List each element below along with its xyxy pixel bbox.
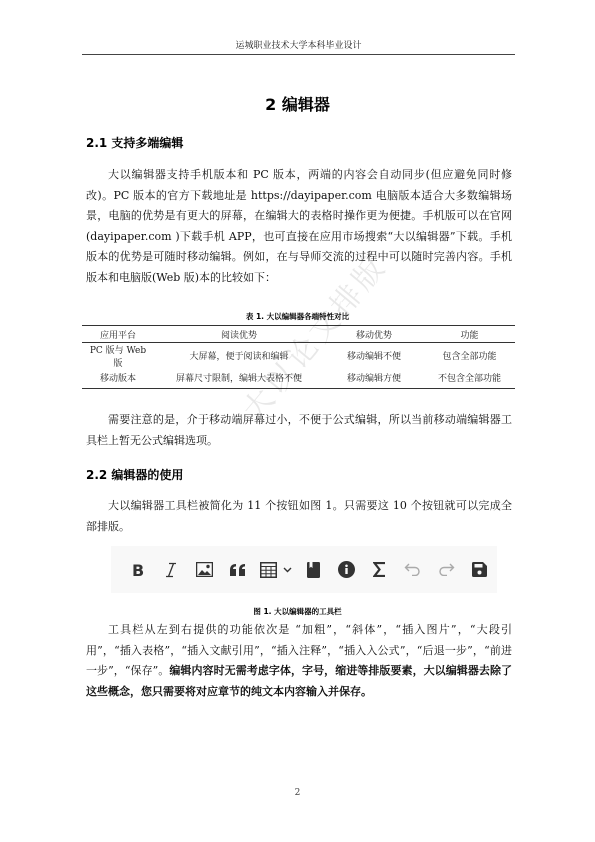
- undo-icon: [404, 563, 421, 576]
- section-title-2-2: 2.2 编辑器的使用: [86, 466, 183, 483]
- table-header-cell: 功能: [424, 326, 515, 343]
- table-cell: 移动版本: [82, 372, 154, 389]
- sigma-icon: [373, 562, 386, 577]
- insert-image-button[interactable]: [189, 558, 220, 582]
- table-header-cell: 阅读优势: [154, 326, 324, 343]
- table-icon: [260, 562, 277, 578]
- table-caption: 表 1. 大以编辑器各端特性对比: [0, 311, 595, 322]
- page-header: 运城职业技术大学本科毕业设计: [82, 38, 515, 55]
- bold-button[interactable]: B: [123, 558, 154, 582]
- insert-citation-button[interactable]: [298, 558, 329, 582]
- table-cell: PC 版与 Web 版: [82, 343, 154, 372]
- info-icon: [338, 561, 355, 578]
- table-header-cell: 移动优势: [324, 326, 424, 343]
- insert-formula-button[interactable]: [364, 558, 395, 582]
- insert-note-button[interactable]: [331, 558, 362, 582]
- svg-text:B: B: [132, 562, 144, 578]
- table-header-row: 应用平台 阅读优势 移动优势 功能: [82, 326, 515, 343]
- section-title-2-1: 2.1 支持多端编辑: [86, 134, 183, 151]
- page-number: 2: [0, 788, 595, 798]
- chevron-down-icon[interactable]: [283, 567, 292, 573]
- paragraph-multi-platform: 大以编辑器支持手机版本和 PC 版本，两端的内容会自动同步(但应避免同时修改)。…: [86, 165, 512, 288]
- table-cell: 移动编辑方便: [324, 372, 424, 389]
- bold-icon: B: [131, 562, 145, 578]
- quote-icon: [230, 564, 246, 576]
- table-cell: 移动编辑不便: [324, 343, 424, 372]
- quote-button[interactable]: [222, 558, 253, 582]
- table-row: PC 版与 Web 版 大屏幕，便于阅读和编辑 移动编辑不便 包含全部功能: [82, 343, 515, 372]
- figure-caption: 图 1. 大以编辑器的工具栏: [0, 606, 595, 617]
- table-cell: 包含全部功能: [424, 343, 515, 372]
- table-cell: 不包含全部功能: [424, 372, 515, 389]
- table-row: 移动版本 屏幕尺寸限制，编辑大表格不便 移动编辑方便 不包含全部功能: [82, 372, 515, 389]
- editor-toolbar: B: [111, 546, 497, 593]
- table-cell: 大屏幕，便于阅读和编辑: [154, 343, 324, 372]
- paragraph-toolbar-intro: 大以编辑器工具栏被简化为 11 个按钮如图 1。只需要这 10 个按钮就可以完成…: [86, 496, 512, 537]
- table-cell: 屏幕尺寸限制，编辑大表格不便: [154, 372, 324, 389]
- undo-button[interactable]: [398, 558, 429, 582]
- redo-icon: [438, 563, 455, 576]
- book-icon: [307, 562, 320, 578]
- save-button[interactable]: [464, 558, 495, 582]
- image-icon: [196, 562, 213, 577]
- redo-button[interactable]: [431, 558, 462, 582]
- insert-table-button[interactable]: [256, 558, 296, 582]
- chapter-title: 2 编辑器: [0, 92, 595, 115]
- table-header-cell: 应用平台: [82, 326, 154, 343]
- italic-icon: [164, 562, 178, 578]
- italic-button[interactable]: [156, 558, 187, 582]
- comparison-table: 应用平台 阅读优势 移动优势 功能 PC 版与 Web 版 大屏幕，便于阅读和编…: [82, 325, 515, 389]
- save-icon: [472, 562, 487, 577]
- paragraph-toolbar-description: 工具栏从左到右提供的功能依次是 “加粗”，“斜体”，“插入图片”，“大段引用”，…: [86, 620, 512, 702]
- paragraph-note: 需要注意的是，介于移动端屏幕过小，不便于公式编辑，所以当前移动端编辑器工具栏上暂…: [86, 410, 512, 451]
